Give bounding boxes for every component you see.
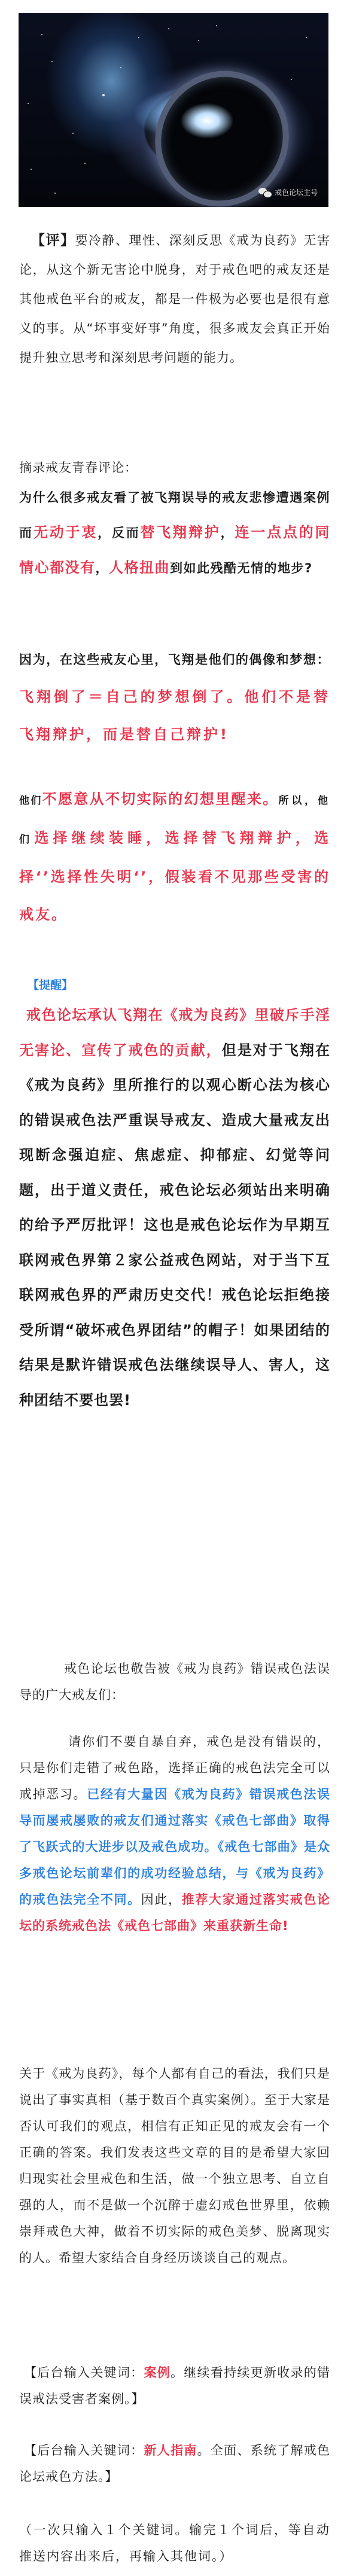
- keyword-guide-paragraph: 【后台输入关键词：新人指南。全面、系统了解戒色论坛戒色方法。】: [19, 2437, 330, 2490]
- question-text: ，反而: [98, 526, 140, 540]
- question-highlight: 替飞翔辩护: [141, 524, 221, 541]
- advice-blue-highlight: 已经有大量因《戒为良药》错误戒色法误导而屡戒屡败的戒友们通过落实《戒色七部曲》取…: [19, 1787, 330, 1907]
- question-highlight: 无动于衷: [34, 524, 98, 541]
- question-text: ，: [221, 526, 235, 540]
- answer-highlight: 飞翔倒了＝自己的梦想倒了。他们不是替飞翔辩护，而是替自己辩护!: [19, 688, 330, 743]
- excerpt-conclusion: 他们不愿意从不切实际的幻想里醒来。所以，他们选择继续装睡，选择替飞翔辩护，选择‘…: [19, 781, 330, 934]
- conclusion-highlight: 不愿意从不切实际的幻想里醒来。: [42, 791, 279, 807]
- notice-paragraph: 戒色论坛也敬告被《戒为良药》错误戒色法误导的广大戒友们：: [19, 1656, 330, 1708]
- question-highlight: 人格扭曲: [109, 559, 170, 576]
- question-text: ，: [96, 561, 109, 575]
- keyword-cases-paragraph: 【后台输入关键词：案例。继续看持续更新收录的错误戒法受害者案例。】: [19, 2359, 330, 2412]
- instruction-paragraph: （一次只输入１个关键词。输完１个词后，等自动推送内容出来后，再输入其他词。）: [19, 2517, 330, 2569]
- closing-paragraph: 关于《戒为良药》，每个人都有自己的看法，我们只是说出了事实真相（基于数百个真实案…: [19, 2060, 330, 2271]
- advice-text: 因此，: [141, 1892, 182, 1907]
- wechat-icon: [258, 188, 272, 197]
- answer-text: 因为，在这些戒友心里，飞翔是他们的偶像和梦想：: [19, 653, 330, 667]
- watermark-text: 戒色论坛主号: [275, 187, 318, 197]
- light-glow: [180, 103, 234, 139]
- conclusion-highlight: 选择继续装睡，选择替飞翔辩护，选择‘’选择性失明‘’，假装看不见那些受害的戒友。: [19, 830, 330, 923]
- reminder-paragraph: 戒色论坛承认飞翔在《戒为良药》里破斥手淫无害论、宣传了戒色的贡献，但是对于飞翔在…: [19, 998, 330, 1417]
- keyword-prefix: 【后台输入关键词：: [19, 2365, 144, 2380]
- question-text: 到如此残酷无情的地步?: [170, 561, 313, 575]
- keyword-prefix: 【后台输入关键词：: [19, 2443, 144, 2458]
- comment-paragraph: 【评】要冷静、理性、深刻反思《戒为良药》无害论，从这个新无害论中脱身，对于戒色吧…: [19, 226, 330, 373]
- comment-text: 要冷静、理性、深刻反思《戒为良药》无害论，从这个新无害论中脱身，对于戒色吧的戒友…: [19, 233, 330, 365]
- excerpt-answer: 因为，在这些戒友心里，飞翔是他们的偶像和梦想：飞翔倒了＝自己的梦想倒了。他们不是…: [19, 641, 330, 754]
- keyword-guide-link[interactable]: 新人指南: [144, 2443, 197, 2458]
- excerpt-question: 为什么很多戒友看了被飞翔误导的戒友悲惨遭遇案例而无动于衷，反而替飞翔辩护，连一点…: [19, 480, 330, 586]
- keyword-cases-link[interactable]: 案例: [144, 2365, 171, 2380]
- watermark: 戒色论坛主号: [258, 187, 318, 197]
- reminder-tag: 【提醒】: [28, 976, 339, 992]
- hero-image: 戒色论坛主号: [19, 13, 328, 207]
- reminder-text: 但是对于飞翔在《戒为良药》里所推行的以观心断心法为核心的错误戒色法严重误导戒友、…: [19, 1042, 330, 1409]
- comment-tag: 【评】: [19, 233, 75, 248]
- conclusion-text: 他们: [19, 795, 42, 807]
- advice-paragraph: 请你们不要自暴自弃，戒色是没有错误的，只是你们走错了戒色路，选择正确的戒色法完全…: [19, 1728, 330, 1939]
- excerpt-heading: 摘录戒友青春评论：: [19, 453, 330, 483]
